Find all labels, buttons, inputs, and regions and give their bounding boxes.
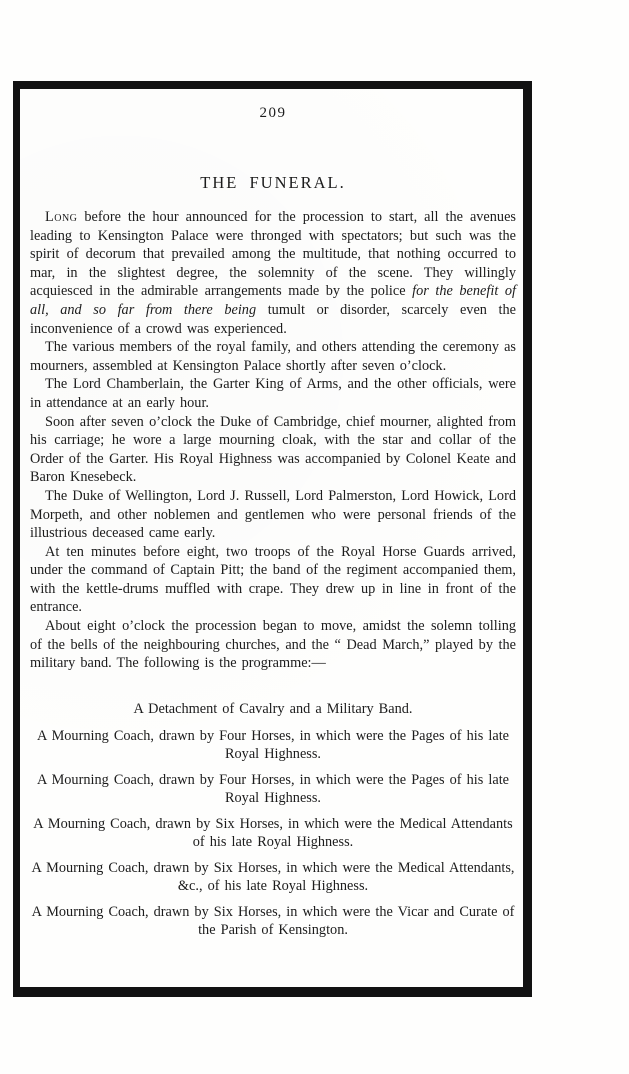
paragraph: Soon after seven o’clock the Duke of Cam… bbox=[30, 413, 516, 487]
programme-entry: A Mourning Coach, drawn by Six Horses, i… bbox=[30, 859, 516, 896]
page-frame: 209 THE FUNERAL. Long before the hour an… bbox=[13, 81, 532, 997]
paragraph: The various members of the royal family,… bbox=[30, 338, 516, 375]
programme-entry: A Mourning Coach, drawn by Six Horses, i… bbox=[30, 903, 516, 940]
text-segment: The various members of the royal family,… bbox=[30, 339, 516, 374]
scanned-page: 209 THE FUNERAL. Long before the hour an… bbox=[0, 0, 629, 1074]
page-number: 209 bbox=[30, 106, 516, 121]
paragraph: Long before the hour announced for the p… bbox=[30, 208, 516, 338]
paragraph: The Duke of Wellington, Lord J. Russell,… bbox=[30, 487, 516, 543]
body-text: Long before the hour announced for the p… bbox=[30, 208, 516, 673]
paragraph: The Lord Chamberlain, the Garter King of… bbox=[30, 375, 516, 412]
text-segment: Long bbox=[45, 209, 77, 225]
text-segment: The Duke of Wellington, Lord J. Russell,… bbox=[30, 488, 516, 541]
programme-entry: A Mourning Coach, drawn by Four Horses, … bbox=[30, 727, 516, 764]
programme-heading: A Detachment of Cavalry and a Military B… bbox=[30, 700, 516, 719]
programme-entry: A Mourning Coach, drawn by Four Horses, … bbox=[30, 771, 516, 808]
text-segment: About eight o’clock the procession began… bbox=[30, 618, 516, 671]
programme: A Detachment of Cavalry and a Military B… bbox=[30, 700, 516, 940]
text-segment: At ten minutes before eight, two troops … bbox=[30, 544, 516, 616]
page-title: THE FUNERAL. bbox=[30, 173, 516, 193]
paragraph: At ten minutes before eight, two troops … bbox=[30, 543, 516, 617]
text-segment: Soon after seven o’clock the Duke of Cam… bbox=[30, 414, 516, 486]
programme-entry: A Mourning Coach, drawn by Six Horses, i… bbox=[30, 815, 516, 852]
programme-entries: A Mourning Coach, drawn by Four Horses, … bbox=[30, 727, 516, 940]
paragraph: About eight o’clock the procession began… bbox=[30, 617, 516, 673]
text-segment: The Lord Chamberlain, the Garter King of… bbox=[30, 376, 516, 411]
